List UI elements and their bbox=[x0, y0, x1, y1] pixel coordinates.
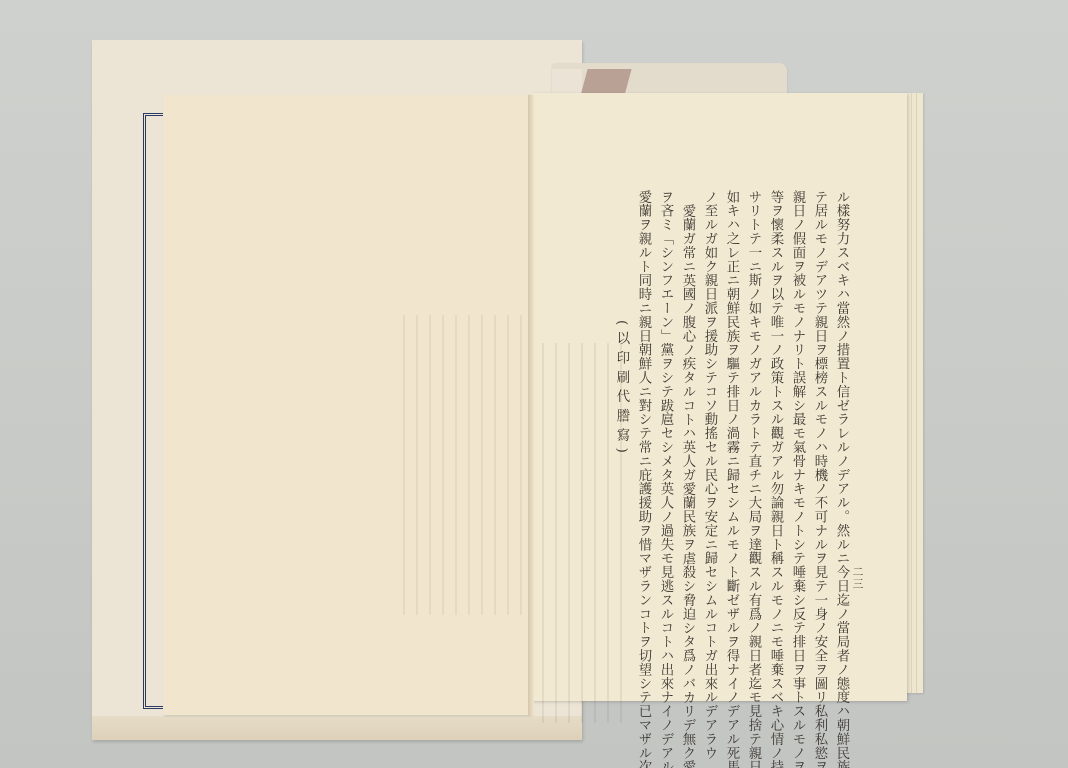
book-gutter bbox=[528, 95, 534, 715]
text-column: 親日ノ假面ヲ被ルモノナリト誤解シ最モ氣骨ナキモノトシテ唾棄シ反テ排日ヲ事トスルモ… bbox=[786, 190, 808, 660]
text-column: ヲ吝ミ「シンフエーン」黨ヲシテ跋扈セシメタ英人ノ過失モ見逃スルコトハ出來ナイノデ… bbox=[654, 190, 676, 660]
text-column: 如キハ之レ正ニ朝鮮民族ヲ驅テ排日ノ渦霧ニ歸セシムルモノト斷ゼザルヲ得ナイノデアル… bbox=[720, 190, 742, 660]
torn-paper-bundle bbox=[552, 63, 787, 95]
brown-paper-tab bbox=[580, 69, 631, 96]
cover-bottom-edge bbox=[92, 716, 582, 740]
closing-note: (以印刷代謄寫) bbox=[610, 320, 632, 660]
text-column: ノ至ルガ如ク親日派ヲ援助シテコソ動搖セル民心ヲ安定ニ歸セシムルコトガ出來ルデアラ… bbox=[698, 190, 720, 660]
paper-fold bbox=[552, 69, 582, 96]
text-column: 等ヲ懷柔スルヲ以テ唯一ノ政策トスル觀ガアル勿論親日ト稱スルモノニモ唾棄スベキ心情… bbox=[764, 190, 786, 660]
left-page-blank bbox=[163, 95, 531, 715]
text-column: ル樣努力スベキハ當然ノ措置ト信ゼラレルノデアル。然ルニ今日迄ノ當局者ノ態度ハ朝鮮… bbox=[830, 190, 852, 660]
text-column: サリトテ一ニ斯ノ如キモノガアルカラトテ直チニ大局ヲ達觀スル有爲ノ親日者迄モ見捨テ… bbox=[742, 190, 764, 660]
bleed-through-text bbox=[403, 315, 523, 615]
vertical-text-block: ル樣努力スベキハ當然ノ措置ト信ゼラレルノデアル。然ルニ今日迄ノ當局者ノ態度ハ朝鮮… bbox=[612, 190, 852, 660]
text-column-paragraph-start: 愛蘭ガ常ニ英國ノ腹心ノ疾タルコトハ英人ガ愛蘭民族ヲ虐殺シ脅迫シタ爲ノバカリデ無ク… bbox=[676, 190, 698, 660]
text-column: テ居ルモノデアツテ親日ヲ標榜スルモノハ時機ノ不可ナルヲ見テ一身ノ安全ヲ圖リ私利私… bbox=[808, 190, 830, 660]
text-column: 愛蘭ヲ親ルト同時ニ親日朝鮮人ニ對シテ常ニ庇護援助ヲ惜マザランコトヲ切望シテ已マザ… bbox=[632, 190, 654, 660]
